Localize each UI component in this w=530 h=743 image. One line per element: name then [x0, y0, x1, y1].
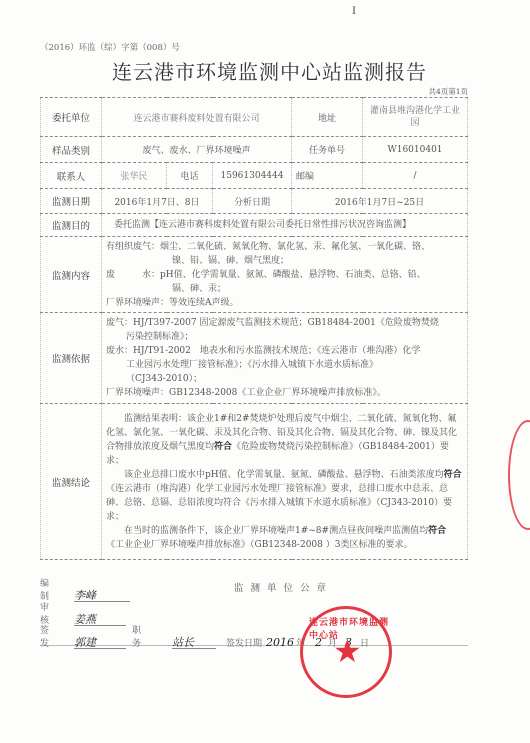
conclusion-paragraph: 该企业总排口废水中pH值、化学需氧量、氨氮、磷酸盐、悬浮物、石油类浓度均符合《连…	[106, 468, 463, 524]
postcode-label: 邮编	[292, 163, 363, 189]
sample-label: 样品类别	[41, 137, 102, 163]
basis-line: 厂界环境噪声：GB12348-2008《工业企业厂界环境噪声排放标准》。	[106, 386, 463, 400]
basis-line: （CJ343-2010）；	[106, 372, 463, 386]
content-line: 厂界环境噪声：等效连续A声级。	[106, 296, 463, 310]
issue-year: 2016	[266, 636, 294, 649]
client-label: 委托单位	[41, 98, 102, 137]
conclusion-paragraph: 在当时的监测条件下，该企业厂界环境噪声1#~8#测点昼夜间噪声监测值均符合《工业…	[106, 524, 463, 552]
content-label: 监测内容	[41, 237, 102, 313]
phone-value: 15961304444	[213, 163, 292, 189]
task-label: 任务单号	[292, 137, 363, 163]
report-table: 委托单位 连云港市赛科废料处置有限公司 地址 灌南县堆沟港化学工业园 样品类别 …	[40, 97, 468, 560]
row-sample: 样品类别 废气、废水、厂界环境噪声 任务单号 W16010401	[41, 137, 468, 163]
sample-value: 废气、废水、厂界环境噪声	[102, 137, 292, 163]
content-line: 有组织废气：烟尘、二氧化硫、氮氧化物、氯化氢、汞、氟化氢、一氧化碳、铬、	[106, 240, 463, 254]
postcode-value: /	[363, 163, 468, 189]
content-line: 镉、砷、汞；	[106, 282, 463, 296]
conclusion-label: 监测结论	[41, 404, 102, 560]
row-client: 委托单位 连云港市赛科废料处置有限公司 地址 灌南县堆沟港化学工业园	[41, 98, 468, 137]
position-value: 站长	[172, 634, 216, 649]
content-line: 镍、铅、镉、砷、烟气黑度；	[106, 254, 463, 268]
address-value: 灌南县堆沟港化学工业园	[363, 98, 468, 137]
signature-area: 编 制 李峰 监测单位公章 审 核 姜燕 签 发 郭建 职 务 站长 签发日期 …	[40, 570, 468, 646]
content-line: 废 水：pH值、化学需氧量、氨氮、磷酸盐、悬浮物、石油类、总铬、铅、	[106, 268, 463, 282]
analysis-date-value: 2016年1月7日~25日	[292, 189, 468, 214]
task-value: W16010401	[363, 137, 468, 163]
page-info: 共4页第1页	[428, 86, 468, 97]
row-conclusion: 监测结论 监测结果表明：该企业1#和2#焚烧炉处理后废气中烟尘、二氧化硫、氮氧化…	[41, 404, 468, 560]
official-seal: 连云港市环境监测中心站 ★	[300, 606, 392, 698]
analysis-date-label: 分析日期	[213, 189, 292, 214]
content-value: 有组织废气：烟尘、二氧化硫、氮氧化物、氯化氢、汞、氟化氢、一氧化碳、铬、 镍、铅…	[102, 237, 468, 313]
compiled-label: 编 制	[40, 576, 74, 602]
basis-label: 监测依据	[41, 313, 102, 404]
star-icon: ★	[333, 635, 362, 667]
row-basis: 监测依据 废气：HJ/T397-2007 固定源废气监测技术规范；GB18484…	[41, 313, 468, 404]
basis-line: 废气：HJ/T397-2007 固定源废气监测技术规范；GB18484-2001…	[106, 316, 463, 330]
purpose-value: 委托监测【连云港市赛科废料处置有限公司委托日常性排污状况咨询监测】	[102, 214, 468, 237]
basis-line: 污染控制标准》；	[106, 330, 463, 344]
position-label: 职 务	[132, 623, 166, 649]
seal-label: 监测单位公章	[234, 580, 333, 594]
conclusion-paragraph: 监测结果表明：该企业1#和2#焚烧炉处理后废气中烟尘、二氧化硫、氮氧化物、氟化氢…	[106, 412, 463, 468]
compiled-row: 编 制 李峰	[40, 576, 130, 602]
row-content: 监测内容 有组织废气：烟尘、二氧化硫、氮氧化物、氯化氢、汞、氟化氢、一氧化碳、铬…	[41, 237, 468, 313]
contact-label: 联系人	[41, 163, 102, 189]
report-title: 连云港市环境监测中心站监测报告	[112, 56, 427, 85]
issue-date-label: 签发日期	[226, 636, 262, 649]
basis-line: 废水：HJ/T91-2002 地表水和污水监测技术规范；《连云港市（堆沟港）化学	[106, 344, 463, 358]
row-purpose: 监测目的 委托监测【连云港市赛科废料处置有限公司委托日常性排污状况咨询监测】	[41, 214, 468, 237]
row-dates: 监测日期 2016年1月7日、8日 分析日期 2016年1月7日~25日	[41, 189, 468, 214]
conclusion-value: 监测结果表明：该企业1#和2#焚烧炉处理后废气中烟尘、二氧化硫、氮氧化物、氟化氢…	[102, 404, 468, 560]
row-contact: 联系人 张华民 电话 15961304444 邮编 /	[41, 163, 468, 189]
address-label: 地址	[292, 98, 363, 137]
issued-label: 签 发	[40, 623, 74, 649]
basis-value: 废气：HJ/T397-2007 固定源废气监测技术规范；GB18484-2001…	[102, 313, 468, 404]
monitor-date-value: 2016年1月7日、8日	[102, 189, 213, 214]
basis-line: 工业园污水处理厂接管标准》；《污水排入城镇下水道水质标准》	[106, 358, 463, 372]
client-value: 连云港市赛科废料处置有限公司	[102, 98, 292, 137]
monitor-date-label: 监测日期	[41, 189, 102, 214]
contact-value: 张华民	[102, 163, 167, 189]
page-mark: I	[352, 3, 356, 18]
phone-label: 电话	[167, 163, 213, 189]
document-number: （2016）环监（综）字第（008）号	[40, 41, 180, 53]
purpose-label: 监测目的	[41, 214, 102, 237]
edge-seal: 连云港市	[508, 420, 530, 530]
issued-signature: 郭建	[74, 634, 126, 649]
